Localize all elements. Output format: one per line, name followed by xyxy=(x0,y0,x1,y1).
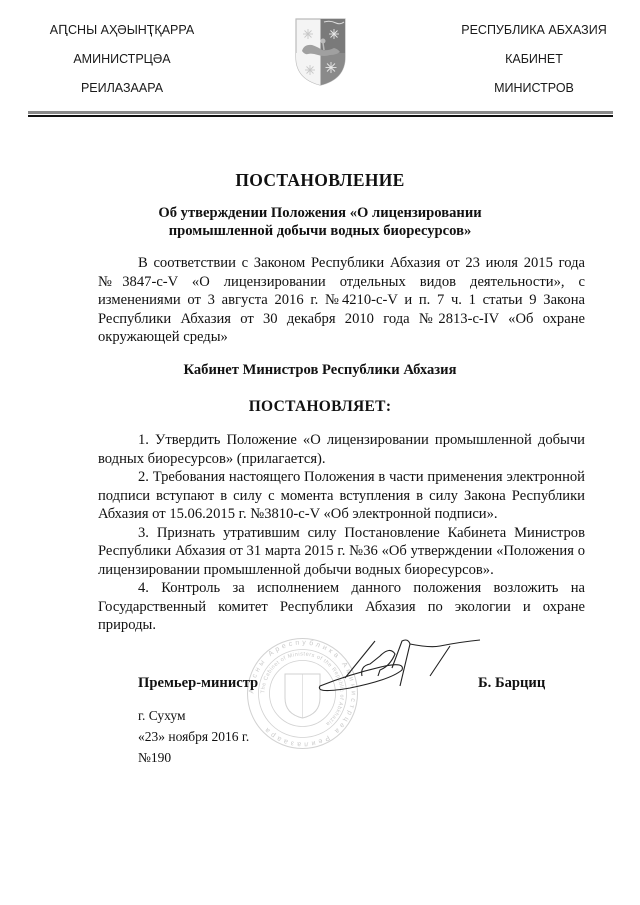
coat-of-arms-icon xyxy=(294,17,347,87)
header-left-line-3: РЕИЛАЗААРА xyxy=(32,80,212,109)
preamble: В соответствии с Законом Республики Абха… xyxy=(98,254,585,347)
resolution-item-1: 1. Утвердить Положение «О лицензировании… xyxy=(98,431,585,468)
signatory-name: Б. Барциц xyxy=(478,675,545,692)
resolution-item-2: 2. Требования настоящего Положения в час… xyxy=(98,468,585,524)
subtitle-line-1: Об утверждении Положения «О лицензирован… xyxy=(0,204,640,222)
header-divider-thick xyxy=(28,111,613,114)
header-right-line-1: РЕСПУБЛИКА АБХАЗИЯ xyxy=(448,22,620,51)
resolution-items: 1. Утвердить Положение «О лицензировании… xyxy=(98,431,585,635)
issue-date: «23» ноября 2016 г. xyxy=(138,729,249,745)
document-subtitle: Об утверждении Положения «О лицензирован… xyxy=(0,204,640,240)
signatory-role: Премьер-министр xyxy=(138,675,258,692)
issue-place: г. Сухум xyxy=(138,708,186,724)
document-title: ПОСТАНОВЛЕНИЕ xyxy=(0,170,640,191)
header-left-line-1: АԤСНЫ АҲӘЫНҬҚАРРА xyxy=(32,22,212,51)
header-right-block: РЕСПУБЛИКА АБХАЗИЯ КАБИНЕТ МИНИСТРОВ xyxy=(448,22,620,109)
document-number: №190 xyxy=(138,750,171,766)
header-left-block: АԤСНЫ АҲӘЫНҬҚАРРА АМИНИСТРЦӘА РЕИЛАЗААРА xyxy=(32,22,212,109)
preamble-text: В соответствии с Законом Республики Абха… xyxy=(98,254,585,347)
header-right-line-2: КАБИНЕТ xyxy=(448,51,620,80)
resolution-item-3: 3. Признать утратившим силу Постановлени… xyxy=(98,524,585,580)
resolution-item-4: 4. Контроль за исполнением данного полож… xyxy=(98,579,585,635)
signature-icon xyxy=(290,636,490,716)
header-left-line-2: АМИНИСТРЦӘА xyxy=(32,51,212,80)
subtitle-line-2: промышленной добычи водных биоресурсов» xyxy=(0,222,640,240)
issuer-heading: Кабинет Министров Республики Абхазия xyxy=(0,362,640,379)
header-right-line-3: МИНИСТРОВ xyxy=(448,80,620,109)
header-divider-thin xyxy=(28,115,613,117)
resolves-heading: ПОСТАНОВЛЯЕТ: xyxy=(0,398,640,416)
